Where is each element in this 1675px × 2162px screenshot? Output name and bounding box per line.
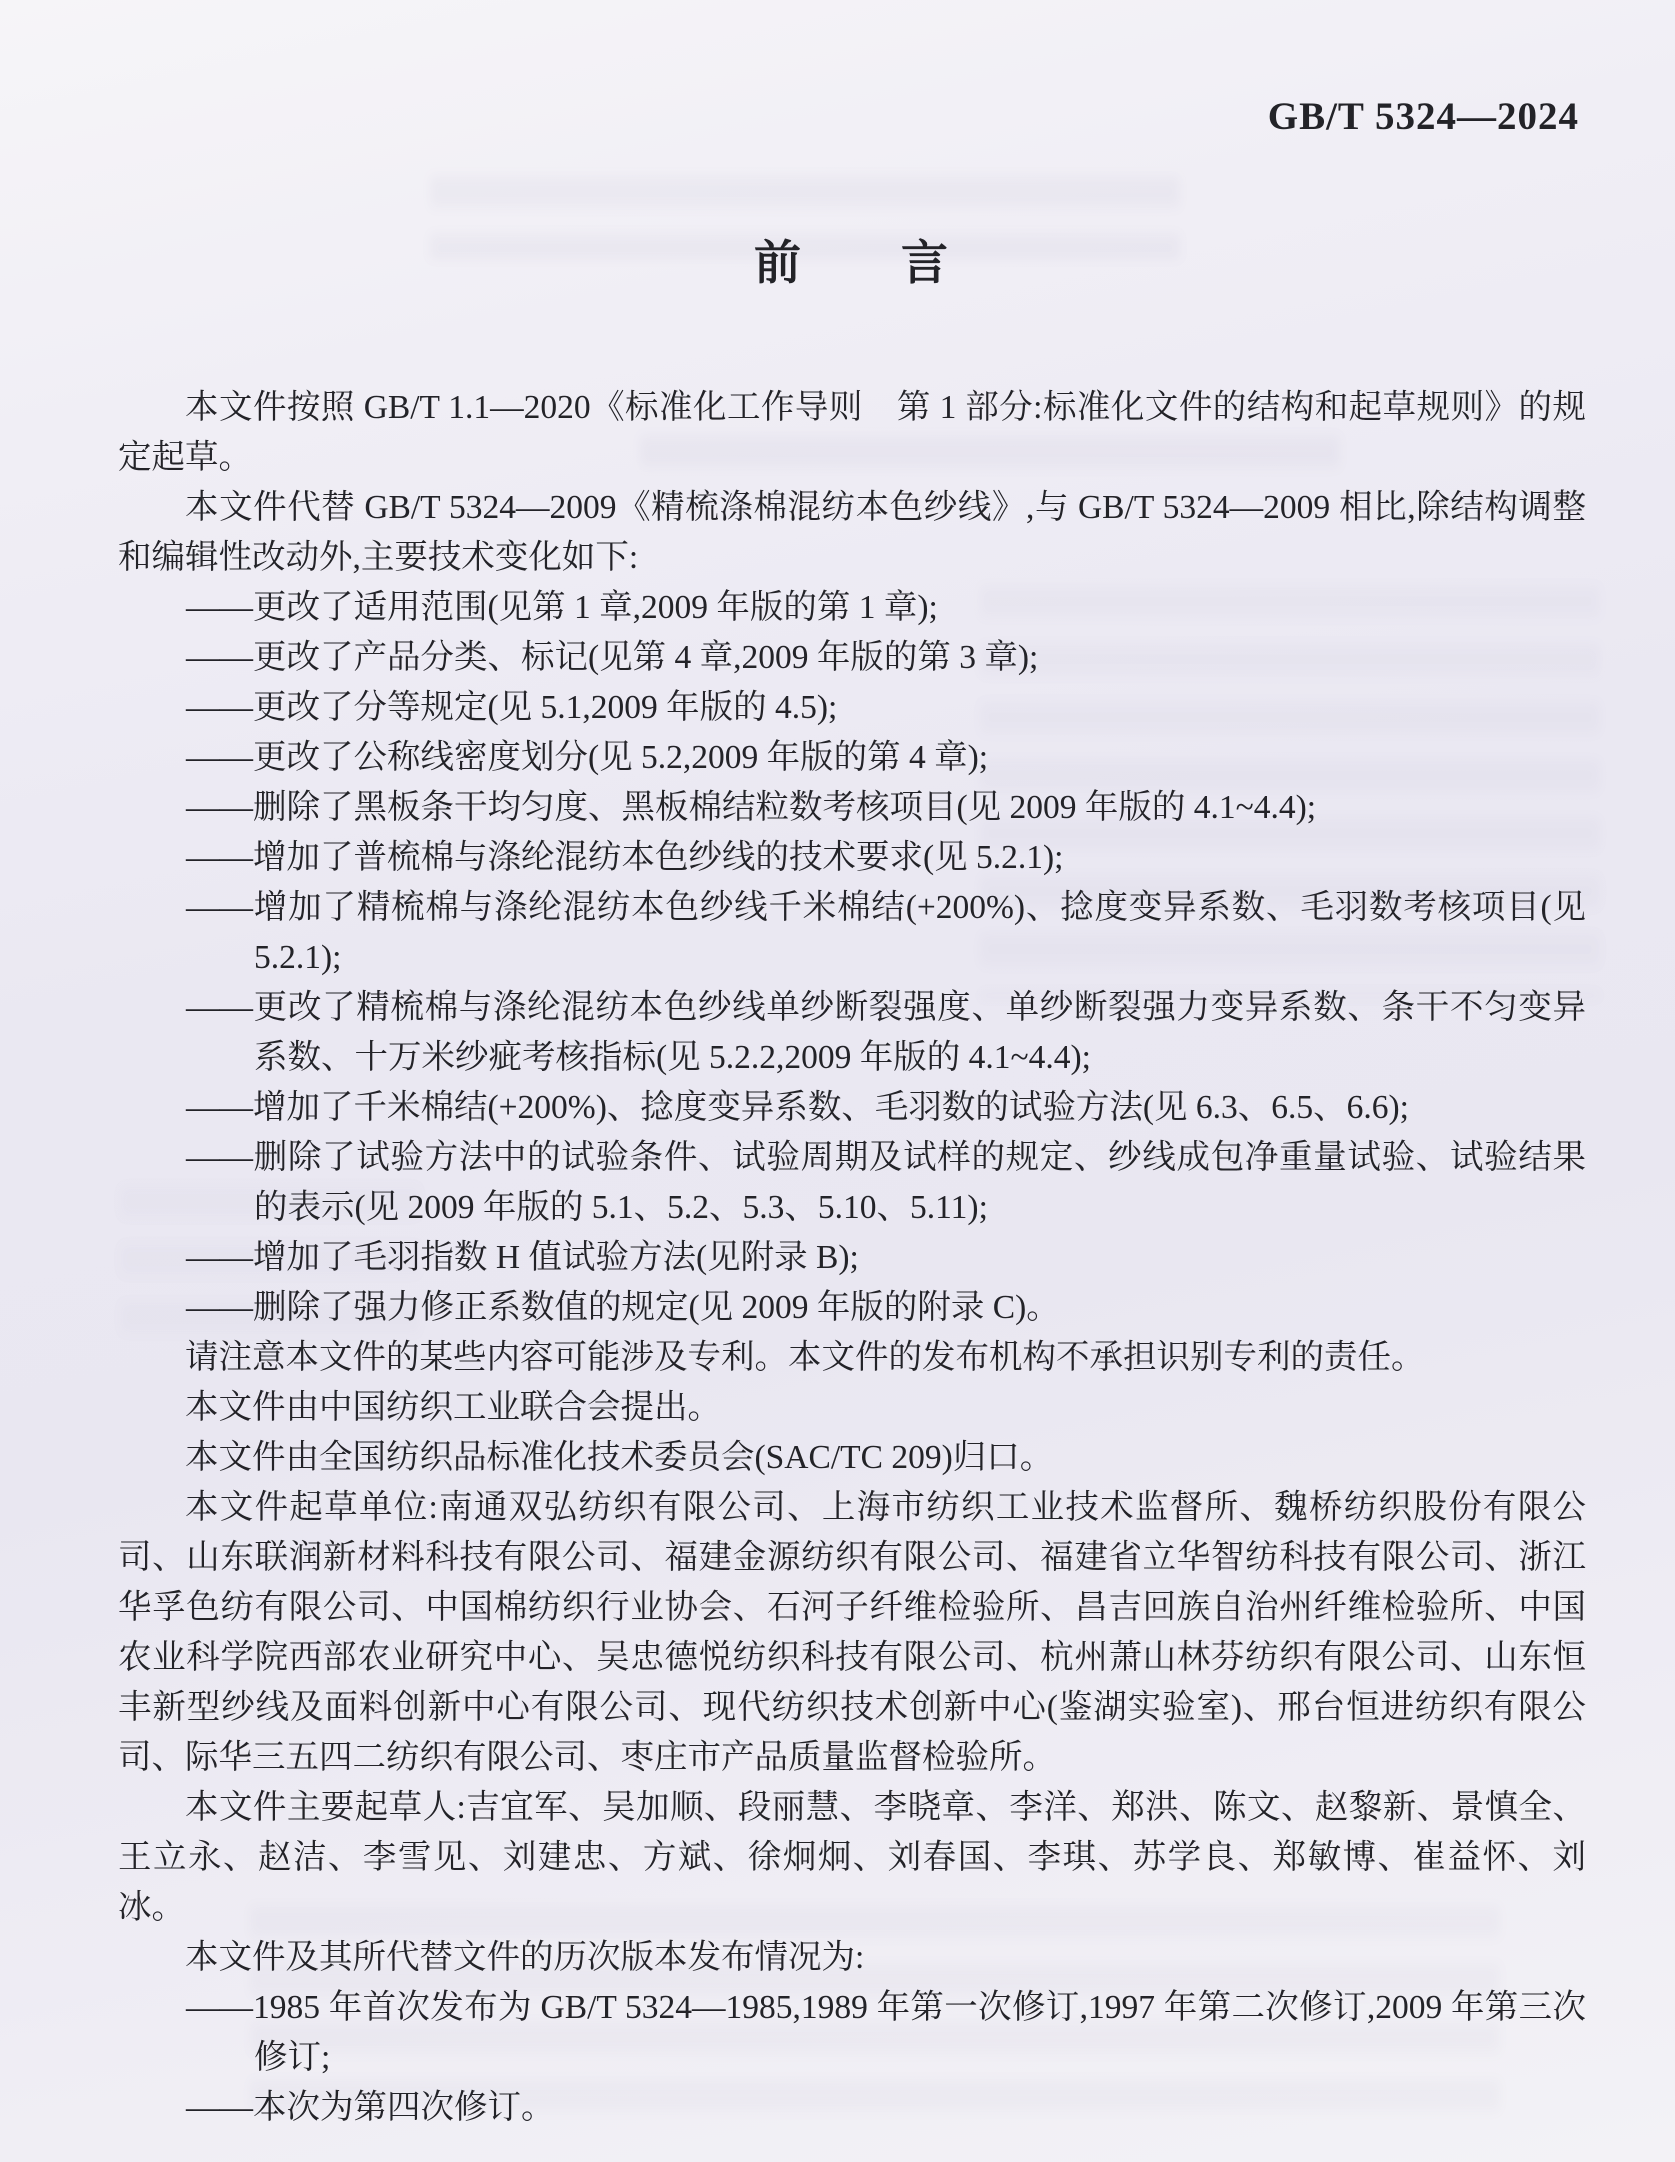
change-item: ——更改了分等规定(见 5.1,2009 年版的 4.5); <box>118 683 1586 733</box>
drafting-organizations-paragraph: 本文件起草单位:南通双弘纺织有限公司、上海市纺织工业技术监督所、魏桥纺织股份有限… <box>118 1483 1586 1783</box>
change-item: ——增加了普梳棉与涤纶混纺本色纱线的技术要求(见 5.2.1); <box>118 833 1586 883</box>
foreword-paragraph: 本文件由中国纺织工业联合会提出。 <box>118 1383 1586 1433</box>
foreword-paragraph: 本文件代替 GB/T 5324—2009《精梳涤棉混纺本色纱线》,与 GB/T … <box>118 483 1586 583</box>
change-item: ——更改了适用范围(见第 1 章,2009 年版的第 1 章); <box>118 583 1586 633</box>
page-title: 前 言 <box>118 226 1586 293</box>
scanned-standard-page: GB/T 5324—2024 前 言 本文件按照 GB/T 1.1—2020《标… <box>0 0 1675 2162</box>
change-item: ——更改了公称线密度划分(见 5.2,2009 年版的第 4 章); <box>118 733 1586 783</box>
history-item: ——1985 年首次发布为 GB/T 5324—1985,1989 年第一次修订… <box>118 1983 1586 2083</box>
change-item: ——删除了试验方法中的试验条件、试验周期及试样的规定、纱线成包净重量试验、试验结… <box>118 1133 1586 1233</box>
change-item: ——增加了千米棉结(+200%)、捻度变异系数、毛羽数的试验方法(见 6.3、6… <box>118 1083 1586 1133</box>
change-item: ——增加了精梳棉与涤纶混纺本色纱线千米棉结(+200%)、捻度变异系数、毛羽数考… <box>118 883 1586 983</box>
history-item: ——本次为第四次修订。 <box>118 2083 1586 2133</box>
change-item: ——删除了强力修正系数值的规定(见 2009 年版的附录 C)。 <box>118 1283 1586 1333</box>
change-item: ——更改了产品分类、标记(见第 4 章,2009 年版的第 3 章); <box>118 633 1586 683</box>
standard-code: GB/T 5324—2024 <box>1268 94 1579 139</box>
foreword-paragraph: 本文件按照 GB/T 1.1—2020《标准化工作导则 第 1 部分:标准化文件… <box>118 383 1586 483</box>
foreword-paragraph: 本文件由全国纺织品标准化技术委员会(SAC/TC 209)归口。 <box>118 1433 1586 1483</box>
foreword-paragraph: 请注意本文件的某些内容可能涉及专利。本文件的发布机构不承担识别专利的责任。 <box>118 1333 1586 1383</box>
drafters-paragraph: 本文件主要起草人:吉宜军、吴加顺、段丽慧、李晓章、李洋、郑洪、陈文、赵黎新、景慎… <box>118 1783 1586 1933</box>
change-item: ——增加了毛羽指数 H 值试验方法(见附录 B); <box>118 1233 1586 1283</box>
foreword-content: 本文件按照 GB/T 1.1—2020《标准化工作导则 第 1 部分:标准化文件… <box>118 383 1586 2133</box>
change-item: ——删除了黑板条干均匀度、黑板棉结粒数考核项目(见 2009 年版的 4.1~4… <box>118 783 1586 833</box>
history-intro-paragraph: 本文件及其所代替文件的历次版本发布情况为: <box>118 1933 1586 1983</box>
change-item: ——更改了精梳棉与涤纶混纺本色纱线单纱断裂强度、单纱断裂强力变异系数、条干不匀变… <box>118 983 1586 1083</box>
